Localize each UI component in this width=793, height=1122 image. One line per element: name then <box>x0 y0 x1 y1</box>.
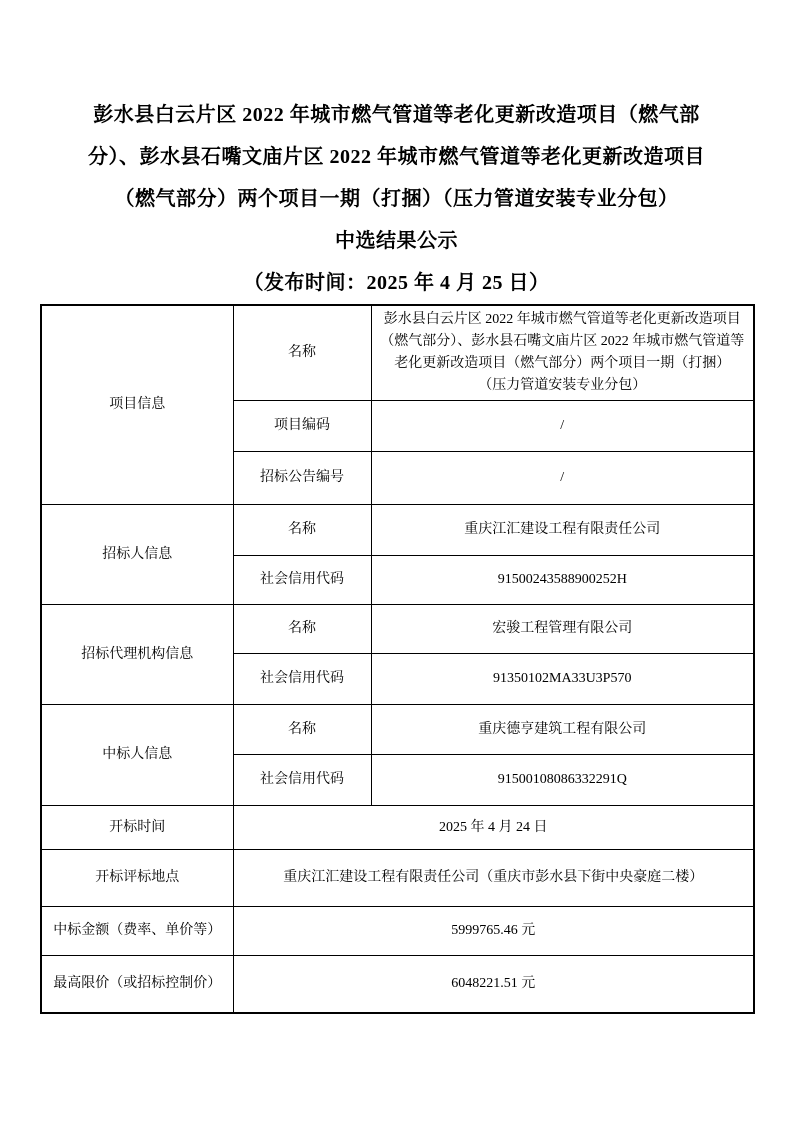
label-cell-bid-opening-place: 开标评标地点 <box>41 850 233 907</box>
title-line-1: 彭水县白云片区 2022 年城市燃气管道等老化更新改造项目（燃气部 <box>0 94 793 136</box>
value-cell-tenderer-credit-code: 91500243588900252H <box>371 556 754 605</box>
value-cell-bid-opening-place: 重庆江汇建设工程有限责任公司（重庆市彭水县下街中央豪庭二楼） <box>233 850 754 907</box>
label-cell-name: 名称 <box>233 305 371 401</box>
title-line-2: 分）、彭水县石嘴文庙片区 2022 年城市燃气管道等老化更新改造项目 <box>0 136 793 178</box>
label-cell-announcement-number: 招标公告编号 <box>233 452 371 505</box>
value-cell-tenderer-name: 重庆江汇建设工程有限责任公司 <box>371 505 754 556</box>
table-row-winning-amount: 中标金额（费率、单价等） 5999765.46 元 <box>41 907 754 956</box>
value-cell-winner-name: 重庆德亨建筑工程有限公司 <box>371 705 754 755</box>
label-cell-name: 名称 <box>233 505 371 556</box>
value-cell-winner-credit-code: 91500108086332291Q <box>371 755 754 806</box>
title-line-3: （燃气部分）两个项目一期（打捆）（压力管道安装专业分包） <box>0 178 793 220</box>
value-cell-announcement-number: / <box>371 452 754 505</box>
table-row-agency-name: 招标代理机构信息 名称 宏骏工程管理有限公司 <box>41 605 754 654</box>
label-cell-price-ceiling: 最高限价（或招标控制价） <box>41 956 233 1013</box>
value-cell-price-ceiling: 6048221.51 元 <box>233 956 754 1013</box>
table-row-bid-opening-time: 开标时间 2025 年 4 月 24 日 <box>41 806 754 850</box>
group-cell-project-info: 项目信息 <box>41 305 233 505</box>
group-cell-winner-info: 中标人信息 <box>41 705 233 806</box>
value-cell-agency-name: 宏骏工程管理有限公司 <box>371 605 754 654</box>
table-row-winner-name: 中标人信息 名称 重庆德亨建筑工程有限公司 <box>41 705 754 755</box>
document-title: 彭水县白云片区 2022 年城市燃气管道等老化更新改造项目（燃气部 分）、彭水县… <box>0 0 793 304</box>
table-row-project-name: 项目信息 名称 彭水县白云片区 2022 年城市燃气管道等老化更新改造项目（燃气… <box>41 305 754 401</box>
value-cell-winning-amount: 5999765.46 元 <box>233 907 754 956</box>
label-cell-winning-amount: 中标金额（费率、单价等） <box>41 907 233 956</box>
value-cell-project-code: / <box>371 401 754 452</box>
group-cell-agency-info: 招标代理机构信息 <box>41 605 233 705</box>
value-cell-project-name: 彭水县白云片区 2022 年城市燃气管道等老化更新改造项目（燃气部分）、彭水县石… <box>371 305 754 401</box>
table-row-price-ceiling: 最高限价（或招标控制价） 6048221.51 元 <box>41 956 754 1013</box>
publish-date-line: （发布时间：2025 年 4 月 25 日） <box>0 262 793 304</box>
label-cell-name: 名称 <box>233 705 371 755</box>
value-cell-agency-credit-code: 91350102MA33U3P570 <box>371 654 754 705</box>
label-cell-credit-code: 社会信用代码 <box>233 755 371 806</box>
table-row-tenderer-name: 招标人信息 名称 重庆江汇建设工程有限责任公司 <box>41 505 754 556</box>
table-row-bid-opening-place: 开标评标地点 重庆江汇建设工程有限责任公司（重庆市彭水县下街中央豪庭二楼） <box>41 850 754 907</box>
value-cell-bid-opening-time: 2025 年 4 月 24 日 <box>233 806 754 850</box>
group-cell-tenderer-info: 招标人信息 <box>41 505 233 605</box>
document-page: 彭水县白云片区 2022 年城市燃气管道等老化更新改造项目（燃气部 分）、彭水县… <box>0 0 793 1122</box>
result-table: 项目信息 名称 彭水县白云片区 2022 年城市燃气管道等老化更新改造项目（燃气… <box>40 304 755 1014</box>
label-cell-project-code: 项目编码 <box>233 401 371 452</box>
label-cell-bid-opening-time: 开标时间 <box>41 806 233 850</box>
label-cell-credit-code: 社会信用代码 <box>233 654 371 705</box>
label-cell-credit-code: 社会信用代码 <box>233 556 371 605</box>
label-cell-name: 名称 <box>233 605 371 654</box>
title-result-line: 中选结果公示 <box>0 220 793 262</box>
